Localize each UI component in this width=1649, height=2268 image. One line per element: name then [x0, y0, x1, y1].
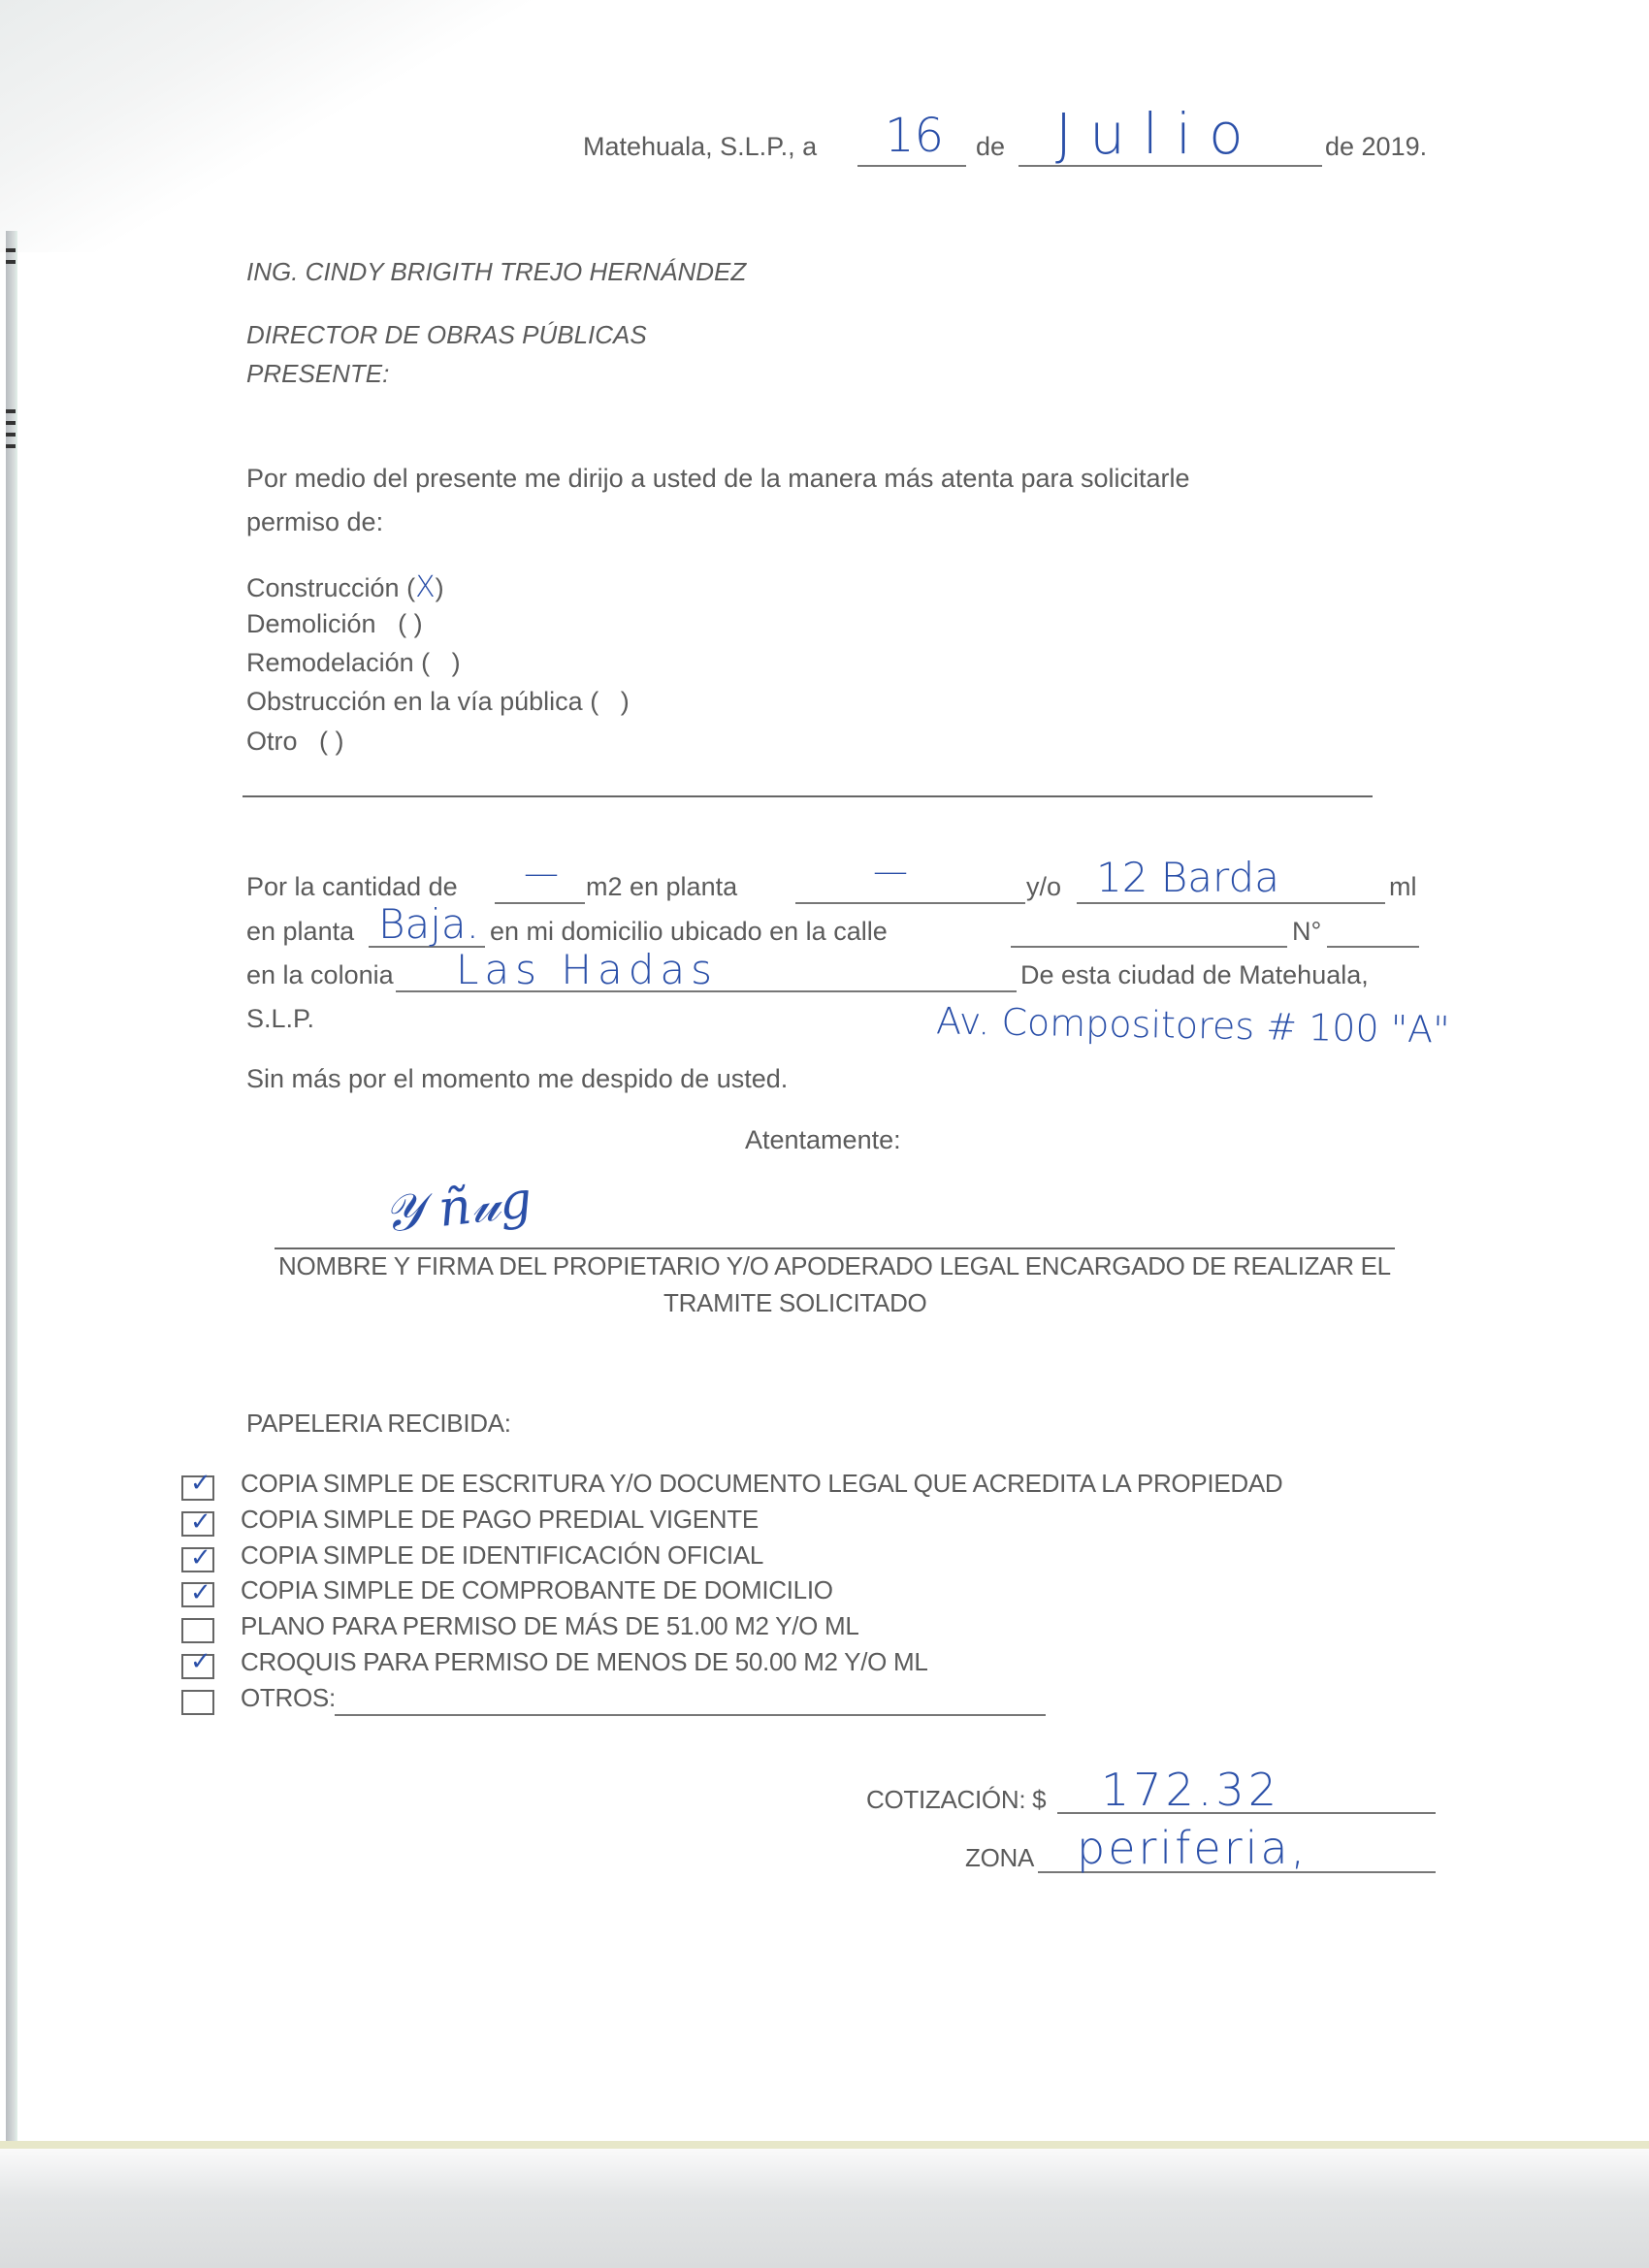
signature-caption-1: NOMBRE Y FIRMA DEL PROPIETARIO Y/O APODE… [278, 1251, 1391, 1281]
m2-label: m2 en planta [586, 872, 737, 902]
calle-field-line [1011, 946, 1287, 948]
construccion-mark: X [415, 570, 436, 604]
check-icon: ✓ [190, 1545, 211, 1571]
year-suffix: de 2019. [1325, 132, 1427, 162]
planta-field[interactable]: — [873, 852, 908, 891]
zona-label: ZONA [965, 1843, 1034, 1873]
day-field-line [857, 165, 966, 167]
slp-label: S.L.P. [246, 1004, 314, 1034]
domicilio-label: en mi domicilio ubicado en la calle [490, 917, 888, 947]
checkbox-otros[interactable] [181, 1690, 214, 1715]
check-icon: ✓ [190, 1580, 211, 1605]
scan-bottom-band [0, 2141, 1649, 2268]
m2-field-line [495, 902, 585, 904]
cantidad-label: Por la cantidad de [246, 872, 458, 902]
scan-shadow [0, 0, 543, 252]
en-planta-field[interactable]: Baja. [378, 900, 479, 948]
signature: 𝒴 ñ𝓊𝑔 [380, 1171, 534, 1246]
address-note: Av. Compositores # 100 "A" [936, 999, 1450, 1051]
ml-field[interactable]: 12 Barda [1096, 854, 1279, 901]
addressee-title: DIRECTOR DE OBRAS PÚBLICAS [246, 320, 647, 350]
check-icon: ✓ [190, 1509, 211, 1535]
intro-line-1: Por medio del presente me dirijo a usted… [246, 464, 1190, 494]
yo-label: y/o [1026, 872, 1061, 902]
permit-option-remodelacion[interactable]: Remodelación ( ) [246, 648, 461, 678]
otro-description-line[interactable] [242, 795, 1373, 797]
zona-field[interactable]: periferia, [1077, 1822, 1308, 1874]
ml-field-line [1077, 902, 1385, 904]
farewell-text: Sin más por el momento me despido de ust… [246, 1064, 788, 1094]
signature-caption-2: TRAMITE SOLICITADO [663, 1288, 926, 1318]
otros-field-line[interactable] [335, 1714, 1046, 1716]
ml-label: ml [1389, 872, 1417, 902]
presente-label: PRESENTE: [246, 359, 389, 389]
colonia-field[interactable]: Las Hadas [456, 946, 718, 993]
cotizacion-field[interactable]: 172.32 [1101, 1764, 1280, 1816]
numero-field-line [1327, 946, 1419, 948]
en-planta-label: en planta [246, 917, 354, 947]
signature-line [275, 1247, 1395, 1249]
permit-option-otro[interactable]: Otro ( ) [246, 727, 344, 757]
permit-option-construccion[interactable]: Construcción (X) [246, 570, 444, 604]
scan-left-edge [6, 231, 17, 2171]
day-field[interactable]: 16 [885, 109, 944, 163]
month-field[interactable]: Julio [1055, 101, 1261, 167]
colonia-label: en la colonia [246, 960, 394, 990]
checkbox-plano[interactable] [181, 1618, 214, 1643]
ciudad-label: De esta ciudad de Matehuala, [1020, 960, 1369, 990]
permit-option-obstruccion[interactable]: Obstrucción en la vía pública ( ) [246, 687, 630, 717]
de-label: de [976, 132, 1005, 162]
numero-label: N° [1292, 917, 1321, 947]
m2-field[interactable]: — [524, 854, 559, 893]
papeleria-title: PAPELERIA RECIBIDA: [246, 1409, 511, 1439]
intro-line-2: permiso de: [246, 507, 383, 537]
check-icon: ✓ [190, 1471, 211, 1496]
check-icon: ✓ [190, 1649, 211, 1674]
cotizacion-label: COTIZACIÓN: $ [866, 1785, 1046, 1815]
permit-option-demolicion[interactable]: Demolición ( ) [246, 609, 423, 639]
atentamente-label: Atentamente: [745, 1125, 901, 1155]
place-prefix: Matehuala, S.L.P., a [583, 132, 817, 162]
planta-field-line [795, 902, 1025, 904]
addressee-name: ING. CINDY BRIGITH TREJO HERNÁNDEZ [246, 257, 746, 287]
